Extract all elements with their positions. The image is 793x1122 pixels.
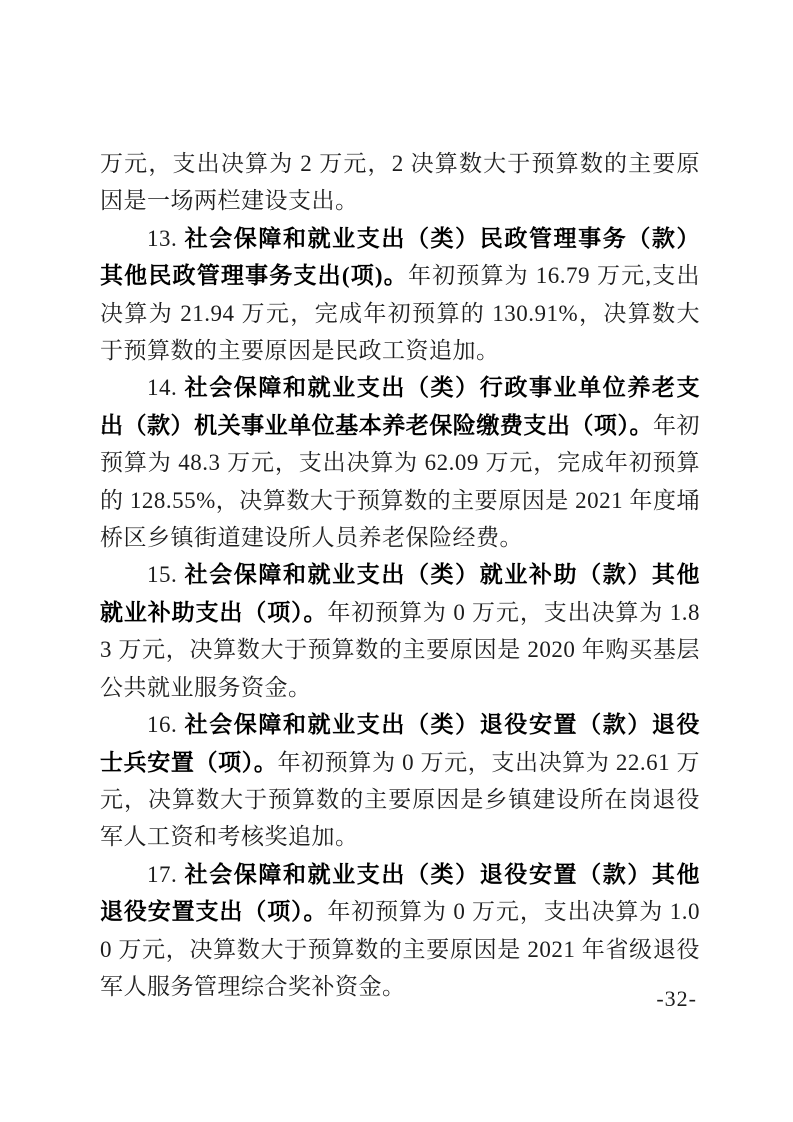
text-segment: 13. <box>147 226 185 251</box>
text-segment: 14. <box>147 375 185 400</box>
paragraph: 万元，支出决算为 2 万元，2 决算数大于预算数的主要原因是一场两栏建设支出。 <box>100 145 700 220</box>
text-segment: 万元，支出决算为 2 万元，2 决算数大于预算数的主要原因是一场两栏建设支出。 <box>100 151 700 213</box>
text-segment: 16. <box>147 712 185 737</box>
paragraph: 16. 社会保障和就业支出（类）退役安置（款）退役士兵安置（项）。年初预算为 0… <box>100 706 700 856</box>
document-page: 万元，支出决算为 2 万元，2 决算数大于预算数的主要原因是一场两栏建设支出。1… <box>0 0 793 1122</box>
heading-segment: 社会保障和就业支出（类）行政事业单位养老支出（款）机关事业单位基本养老保险缴费支… <box>100 375 700 437</box>
paragraph: 14. 社会保障和就业支出（类）行政事业单位养老支出（款）机关事业单位基本养老保… <box>100 369 700 556</box>
text-segment: 17. <box>147 862 185 887</box>
paragraph: 15. 社会保障和就业支出（类）就业补助（款）其他就业补助支出（项）。年初预算为… <box>100 556 700 706</box>
paragraph: 13. 社会保障和就业支出（类）民政管理事务（款）其他民政管理事务支出(项)。年… <box>100 220 700 370</box>
page-number: -32- <box>656 986 697 1012</box>
paragraph: 17. 社会保障和就业支出（类）退役安置（款）其他退役安置支出（项）。年初预算为… <box>100 856 700 1006</box>
document-body: 万元，支出决算为 2 万元，2 决算数大于预算数的主要原因是一场两栏建设支出。1… <box>100 145 700 1005</box>
text-segment: 15. <box>147 562 185 587</box>
